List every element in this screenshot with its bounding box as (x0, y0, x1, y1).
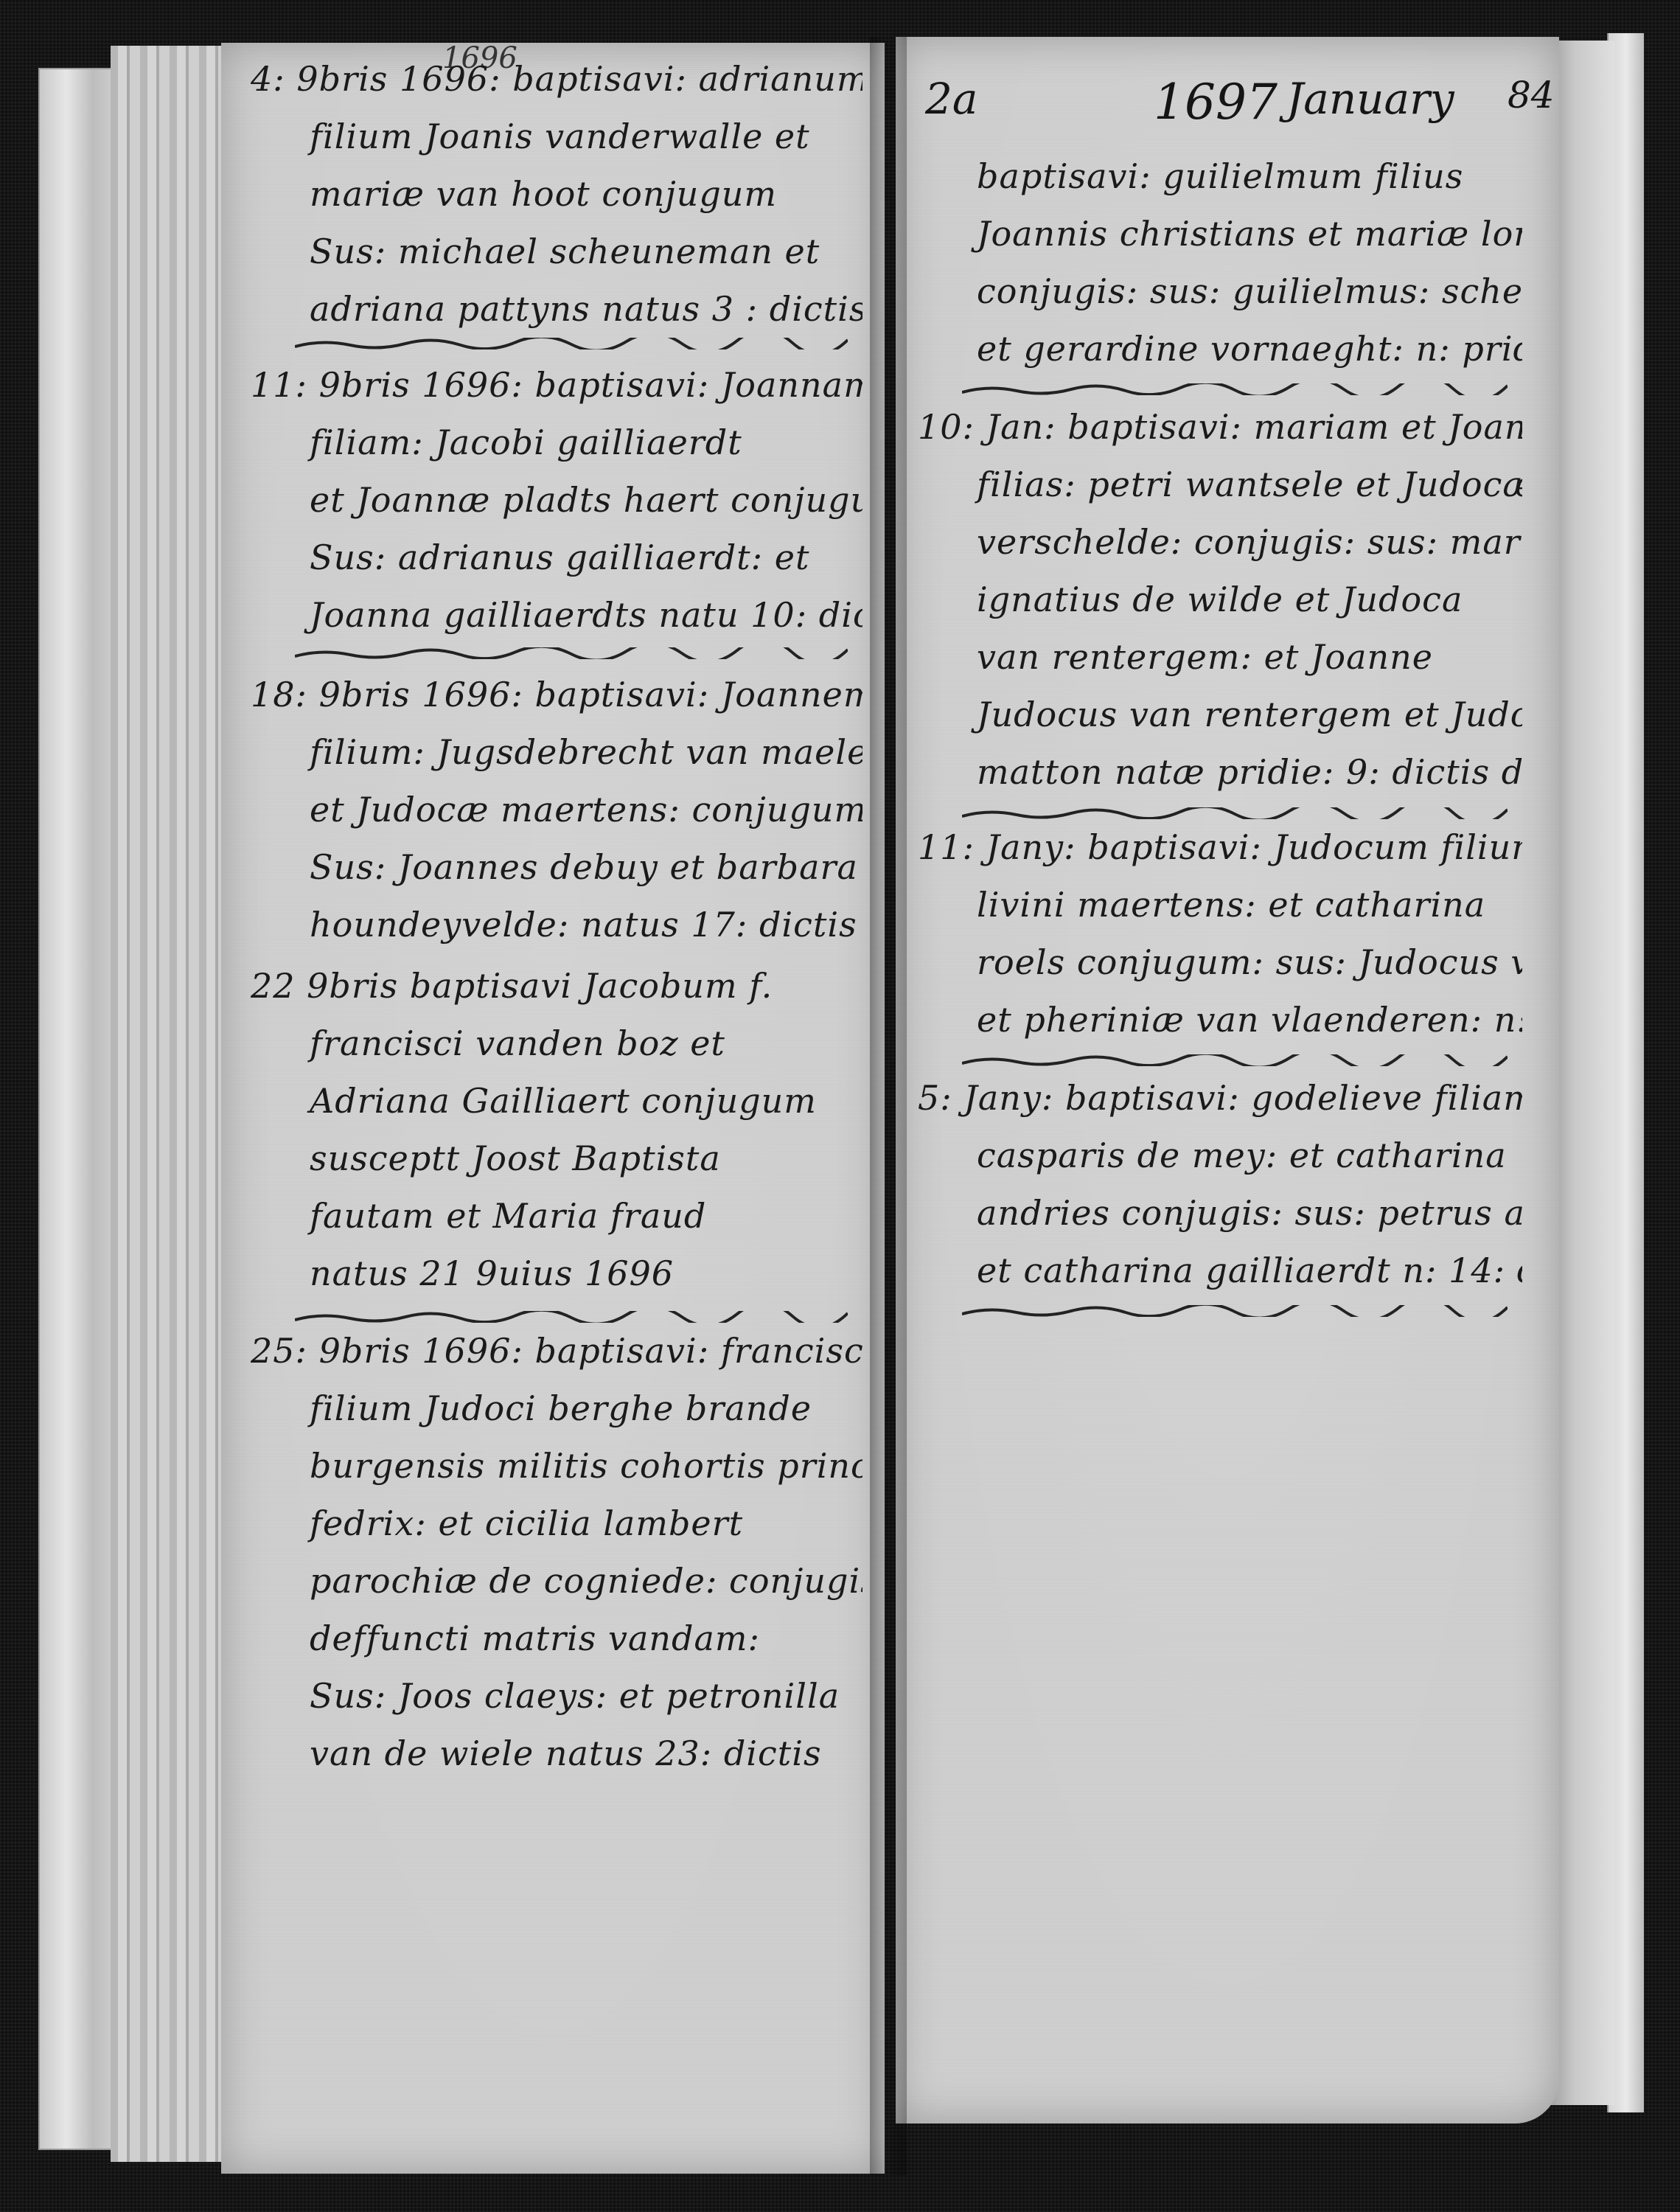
entry-line: houndeyvelde: natus 17: dictis (251, 896, 862, 953)
baptism-entry: 11: Jany: baptisavi: Judocum filium livi… (918, 818, 1522, 1048)
entry-line: Joanna gailliaerdts natu 10: dictis (251, 586, 862, 644)
entry-line: et gerardine vornaeght: n: pridie (918, 320, 1522, 378)
entry-line: susceptt Joost Baptista (251, 1130, 862, 1187)
entry-line: Judocus van rentergem et Judoca (918, 686, 1522, 743)
left-page-column: 4: 9bris 1696: baptisavi: adrianum filiu… (251, 43, 862, 2174)
entry-divider (962, 383, 1508, 395)
entry-line: 25: 9bris 1696: baptisavi: franciscum (251, 1322, 862, 1380)
entry-divider (295, 647, 848, 659)
entry-line: filium Judoci berghe brande (251, 1380, 862, 1437)
entry-line: 22 9bris baptisavi Jacobum f. (251, 957, 862, 1015)
entry-line: van rentergem: et Joanne (918, 628, 1522, 686)
entry-line: Sus: Joos claeys: et petronilla (251, 1667, 862, 1725)
baptism-entry: baptisavi: guilielmum filius Joannis chr… (918, 147, 1522, 378)
page-header: 2a 1697 January 84 (918, 66, 1522, 140)
baptism-entry: 18: 9bris 1696: baptisavi: Joannem filiu… (251, 666, 862, 953)
entry-line: deffuncti matris vandam: (251, 1610, 862, 1667)
baptism-entry: 11: 9bris 1696: baptisavi: Joannam filia… (251, 356, 862, 644)
entry-divider (295, 1311, 848, 1323)
entry-line: et Judocæ maertens: conjugum (251, 781, 862, 838)
baptism-entry: 22 9bris baptisavi Jacobum f. francisci … (251, 957, 862, 1302)
entry-line: 4: 9bris 1696: baptisavi: adrianum (251, 50, 862, 108)
entry-line: 11: Jany: baptisavi: Judocum filium (918, 818, 1522, 876)
header-year: 1697 (1154, 74, 1278, 131)
baptism-entry: 25: 9bris 1696: baptisavi: franciscum fi… (251, 1322, 862, 1782)
entry-divider (962, 807, 1508, 819)
baptism-entry: 10: Jan: baptisavi: mariam et Joannam fi… (918, 398, 1522, 801)
entry-line: et Joannæ pladts haert conjugum (251, 471, 862, 529)
entry-divider (295, 338, 848, 349)
left-page-stack (111, 46, 236, 2162)
entry-line: fautam et Maria fraud (251, 1187, 862, 1245)
entry-line: casparis de mey: et catharina (918, 1127, 1522, 1184)
entry-line: fedrix: et cicilia lambert (251, 1495, 862, 1552)
baptism-entry: 5: Jany: baptisavi: godelieve filiam cas… (918, 1069, 1522, 1299)
entry-line: et pheriniæ van vlaenderen: n: 9: dictis (918, 991, 1522, 1048)
right-page-column: baptisavi: guilielmum filius Joannis chr… (918, 147, 1522, 2124)
entry-line: filiam: Jacobi gailliaerdt (251, 414, 862, 471)
entry-line: matton natæ pridie: 9: dictis dy (918, 743, 1522, 801)
entry-line: andries conjugis: sus: petrus andries (918, 1184, 1522, 1242)
entry-line: filium Joanis vanderwalle et (251, 108, 862, 165)
entry-line: filias: petri wantsele et Judocæ (918, 456, 1522, 513)
right-page: 2a 1697 January 84 baptisavi: guilielmum… (896, 37, 1559, 2124)
entry-line: et catharina gailliaerdt n: 14: dictis (918, 1242, 1522, 1299)
left-page: 1696 4: 9bris 1696: baptisavi: adrianum … (221, 43, 885, 2174)
entry-line: 11: 9bris 1696: baptisavi: Joannam (251, 356, 862, 414)
folio-number: 84 (1508, 74, 1555, 116)
entry-divider (962, 1054, 1508, 1066)
entry-line: conjugis: sus: guilielmus: schelle (918, 262, 1522, 320)
entry-line: adriana pattyns natus 3 : dictis (251, 280, 862, 338)
entry-line: livini maertens: et catharina (918, 876, 1522, 933)
book-gutter (870, 37, 907, 2175)
entry-line: burgensis militis cohortis principis (251, 1437, 862, 1495)
baptism-entry: 4: 9bris 1696: baptisavi: adrianum filiu… (251, 50, 862, 338)
entry-line: Adriana Gailliaert conjugum (251, 1072, 862, 1130)
entry-line: 10: Jan: baptisavi: mariam et Joannam (918, 398, 1522, 456)
entry-line: ignatius de wilde et Judoca (918, 571, 1522, 628)
entry-line: van de wiele natus 23: dictis (251, 1725, 862, 1782)
entry-line: Joannis christians et mariæ londys (918, 205, 1522, 262)
entry-line: 18: 9bris 1696: baptisavi: Joannem (251, 666, 862, 723)
entry-line: mariæ van hoot conjugum (251, 165, 862, 223)
entry-divider (962, 1305, 1508, 1317)
entry-line: natus 21 9uius 1696 (251, 1245, 862, 1302)
entry-line: baptisavi: guilielmum filius (918, 147, 1522, 205)
entry-line: Sus: michael scheuneman et (251, 223, 862, 280)
entry-line: filium: Jugsdebrecht van maele (251, 723, 862, 781)
header-month: January (1286, 74, 1454, 124)
entry-line: Sus: adrianus gailliaerdt: et (251, 529, 862, 586)
entry-line: verschelde: conjugis: sus: maria (918, 513, 1522, 571)
entry-line: Sus: Joannes debuy et barbara (251, 838, 862, 896)
entry-line: parochiæ de cogniede: conjugis (251, 1552, 862, 1610)
entry-line: francisci vanden boz et (251, 1015, 862, 1072)
header-day: 2a (925, 74, 977, 124)
entry-line: 5: Jany: baptisavi: godelieve filiam (918, 1069, 1522, 1127)
entry-line: roels conjugum: sus: Judocus vandewoer (918, 933, 1522, 991)
